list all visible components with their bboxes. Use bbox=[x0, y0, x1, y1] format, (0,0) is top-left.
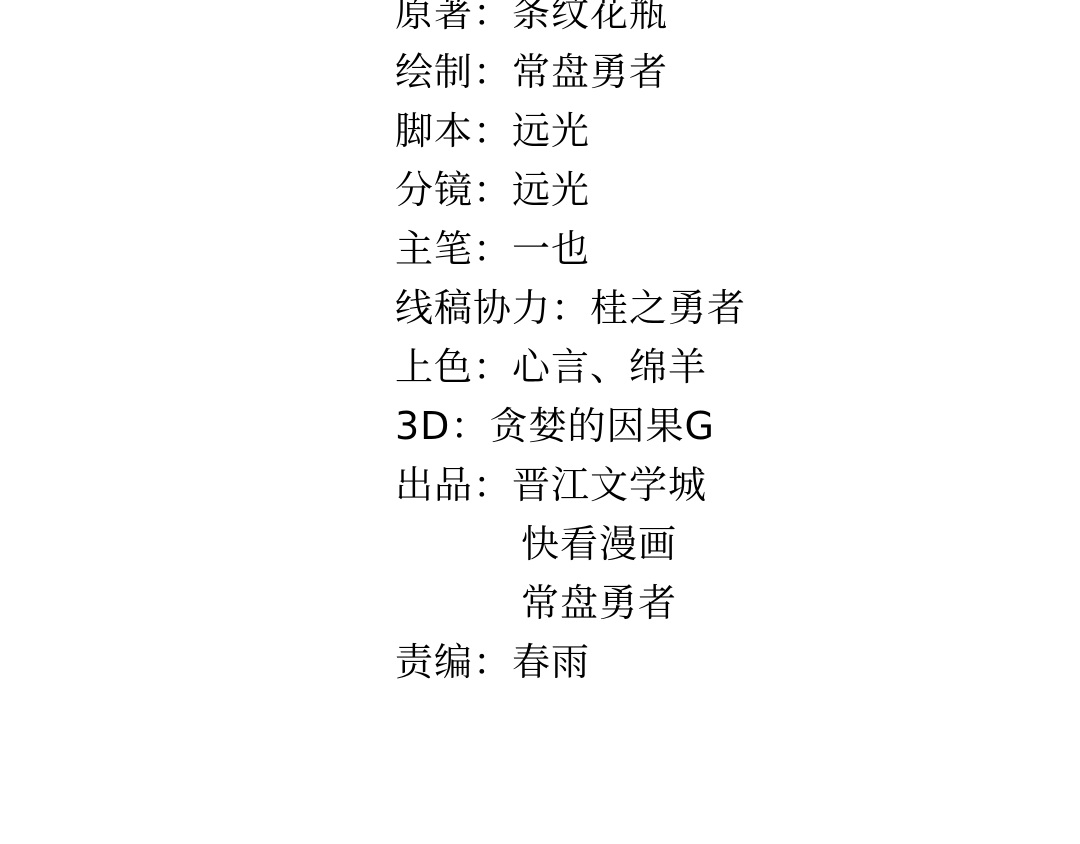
credit-value: 心言、绵羊 bbox=[512, 338, 707, 397]
credit-value: 桂之勇者 bbox=[590, 279, 746, 338]
credit-value: 常盘勇者 bbox=[512, 43, 668, 102]
credits-list: 原著：条纹花瓶 绘制：常盘勇者 脚本：远光 分镜：远光 主笔：一也 线稿协力：桂… bbox=[395, 0, 746, 692]
credit-role: 线稿协力： bbox=[395, 279, 590, 338]
credit-role: 责编： bbox=[395, 633, 512, 692]
credit-line-coloring: 上色：心言、绵羊 bbox=[395, 338, 746, 397]
credit-role: 出品： bbox=[395, 456, 512, 515]
credit-role: 主笔： bbox=[395, 220, 512, 279]
credit-line-producer: 出品：晋江文学城 bbox=[395, 456, 746, 515]
credit-line-producer-3: 常盘勇者 bbox=[395, 574, 746, 633]
credit-line-storyboard: 分镜：远光 bbox=[395, 161, 746, 220]
credit-role: 3D： bbox=[395, 397, 489, 456]
credit-role: 原著： bbox=[395, 0, 512, 43]
credit-value: 快看漫画 bbox=[521, 515, 677, 574]
credit-value: 条纹花瓶 bbox=[512, 0, 668, 43]
credit-line-script: 脚本：远光 bbox=[395, 102, 746, 161]
credit-line-3d: 3D：贪婪的因果G bbox=[395, 397, 746, 456]
credit-line-illustration: 绘制：常盘勇者 bbox=[395, 43, 746, 102]
credit-role: 绘制： bbox=[395, 43, 512, 102]
credit-value: 贪婪的因果G bbox=[489, 397, 714, 456]
credit-value: 远光 bbox=[512, 161, 590, 220]
credit-value: 春雨 bbox=[512, 633, 590, 692]
credit-line-lead-artist: 主笔：一也 bbox=[395, 220, 746, 279]
credit-role: 上色： bbox=[395, 338, 512, 397]
credit-role: 分镜： bbox=[395, 161, 512, 220]
credit-line-editor: 责编：春雨 bbox=[395, 633, 746, 692]
credit-value: 晋江文学城 bbox=[512, 456, 707, 515]
credit-value: 常盘勇者 bbox=[521, 574, 677, 633]
credit-value: 一也 bbox=[512, 220, 590, 279]
credit-value: 远光 bbox=[512, 102, 590, 161]
credit-line-lineart-assist: 线稿协力：桂之勇者 bbox=[395, 279, 746, 338]
credit-line-original-author: 原著：条纹花瓶 bbox=[395, 0, 746, 43]
credit-role: 脚本： bbox=[395, 102, 512, 161]
credit-line-producer-2: 快看漫画 bbox=[395, 515, 746, 574]
